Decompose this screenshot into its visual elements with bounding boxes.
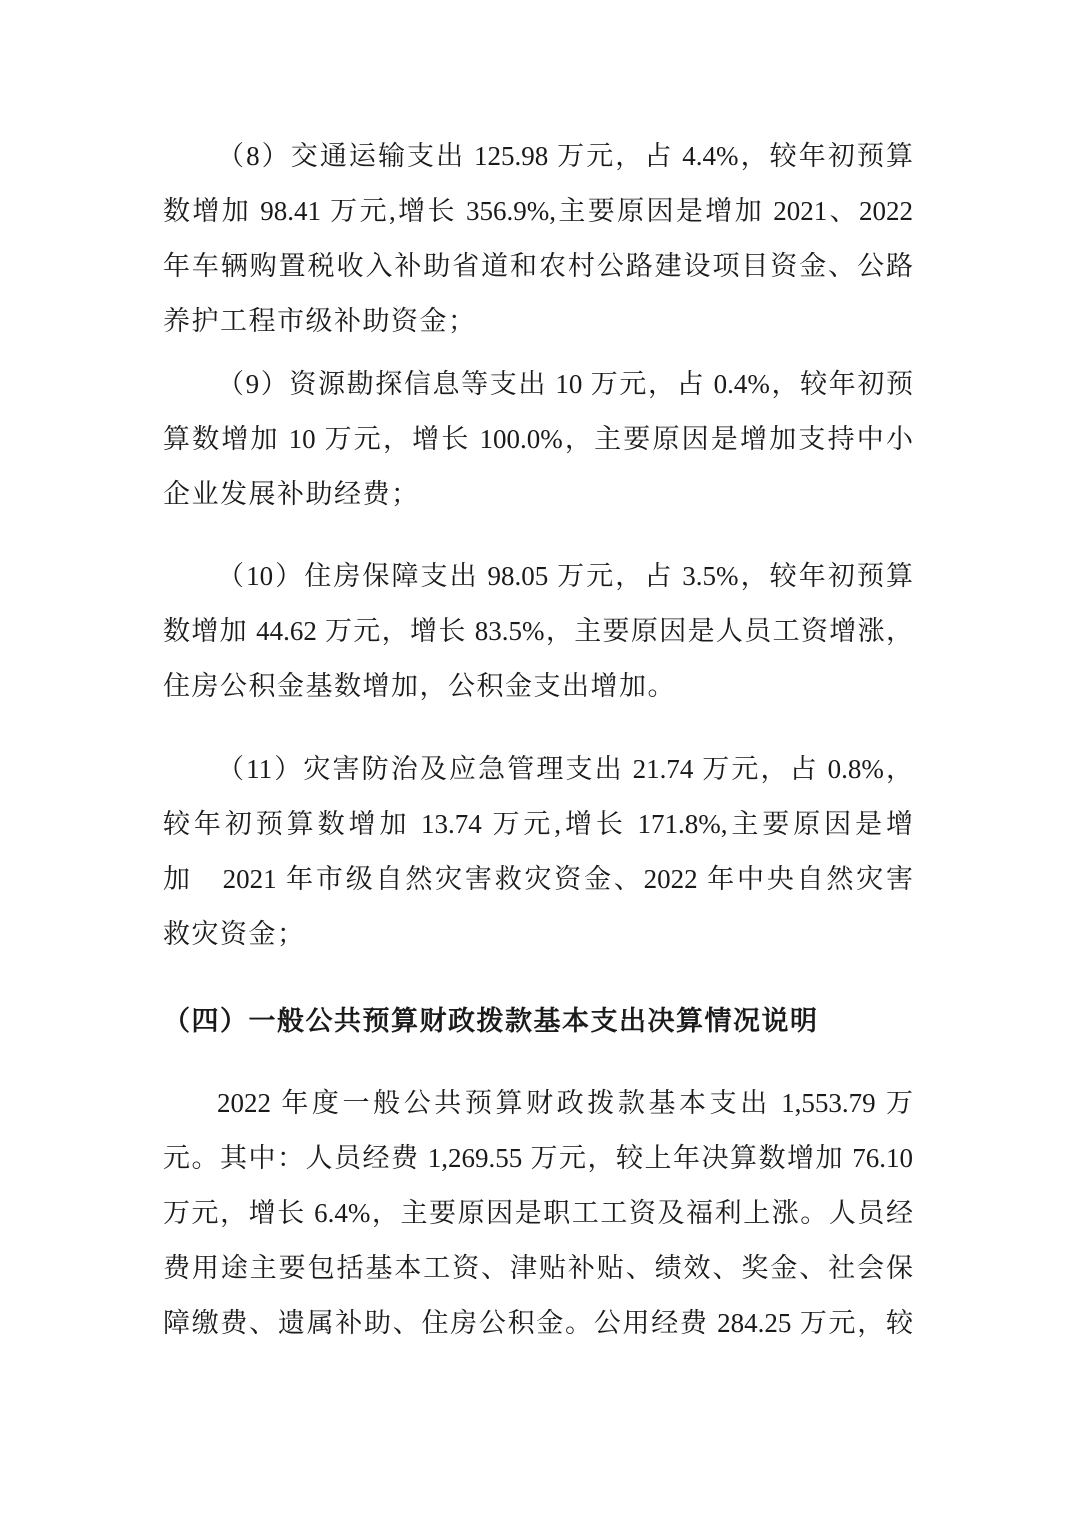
text-line: （8）交通运输支出 125.98 万元，占 4.4%，较年初预算: [163, 129, 913, 184]
paragraph-housing-security: （10）住房保障支出 98.05 万元，占 3.5%，较年初预算 数增加 44.…: [163, 549, 913, 714]
text-line: 万元，增长 6.4%，主要原因是职工工资及福利上涨。人员经: [163, 1186, 913, 1241]
text-line: 养护工程市级补助资金；: [163, 294, 913, 349]
paragraph-resource-exploration: （9）资源勘探信息等支出 10 万元，占 0.4%，较年初预 算数增加 10 万…: [163, 357, 913, 522]
text-line: 企业发展补助经费；: [163, 467, 913, 522]
paragraph-transport-expenditure: （8）交通运输支出 125.98 万元，占 4.4%，较年初预算 数增加 98.…: [163, 129, 913, 349]
text-line: 障缴费、遗属补助、住房公积金。公用经费 284.25 万元，较: [163, 1296, 913, 1351]
paragraph-disaster-management: （11）灾害防治及应急管理支出 21.74 万元，占 0.8%， 较年初预算数增…: [163, 742, 913, 962]
text-line: （11）灾害防治及应急管理支出 21.74 万元，占 0.8%，: [163, 742, 913, 797]
text-line: 加 2021 年市级自然灾害救灾资金、2022 年中央自然灾害: [163, 852, 913, 907]
paragraph-basic-expenditure: 2022 年度一般公共预算财政拨款基本支出 1,553.79 万 元。其中：人员…: [163, 1076, 913, 1351]
text-line: 元。其中：人员经费 1,269.55 万元，较上年决算数增加 76.10: [163, 1131, 913, 1186]
document-page: （8）交通运输支出 125.98 万元，占 4.4%，较年初预算 数增加 98.…: [0, 0, 1074, 1520]
text-line: 年车辆购置税收入补助省道和农村公路建设项目资金、公路: [163, 239, 913, 294]
section-heading: （四）一般公共预算财政拨款基本支出决算情况说明: [163, 994, 913, 1049]
text-line: 救灾资金；: [163, 907, 913, 962]
text-line: 较年初预算数增加 13.74 万元,增长 171.8%,主要原因是增: [163, 797, 913, 852]
text-line: 算数增加 10 万元，增长 100.0%，主要原因是增加支持中小: [163, 412, 913, 467]
text-line: 住房公积金基数增加，公积金支出增加。: [163, 659, 913, 714]
text-line: 费用途主要包括基本工资、津贴补贴、绩效、奖金、社会保: [163, 1241, 913, 1296]
text-line: 数增加 44.62 万元，增长 83.5%，主要原因是人员工资增涨，: [163, 604, 913, 659]
text-line: （10）住房保障支出 98.05 万元，占 3.5%，较年初预算: [163, 549, 913, 604]
text-line: 2022 年度一般公共预算财政拨款基本支出 1,553.79 万: [163, 1076, 913, 1131]
text-line: 数增加 98.41 万元,增长 356.9%,主要原因是增加 2021、2022: [163, 184, 913, 239]
text-line: （9）资源勘探信息等支出 10 万元，占 0.4%，较年初预: [163, 357, 913, 412]
